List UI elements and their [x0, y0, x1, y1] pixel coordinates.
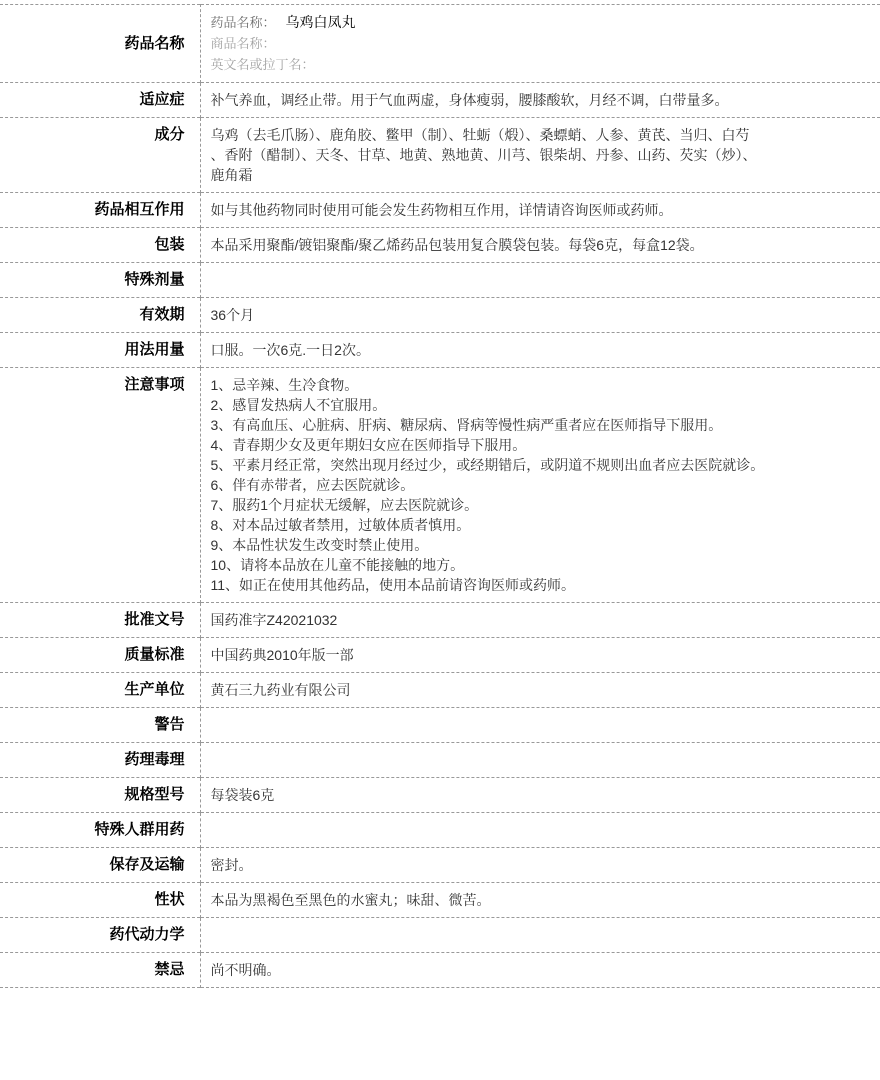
row-label: 规格型号 [0, 778, 200, 813]
content-line: 6、伴有赤带者，应去医院就诊。 [211, 475, 869, 495]
sub-line: 药品名称：乌鸡白凤丸 [211, 12, 869, 33]
row-value: 国药准字Z42021032 [200, 603, 880, 638]
content-line: 乌鸡（去毛爪肠）、鹿角胶、鳖甲（制）、牡蛎（煅）、桑螵蛸、人参、黄芪、当归、白芍 [211, 125, 869, 145]
sub-line: 英文名或拉丁名： [211, 54, 869, 75]
row-label: 注意事项 [0, 368, 200, 603]
row-label: 有效期 [0, 298, 200, 333]
row-label: 药理毒理 [0, 743, 200, 778]
row-value: 本品为黑褐色至黑色的水蜜丸；味甜、微苦。 [200, 883, 880, 918]
row-value: 每袋装6克 [200, 778, 880, 813]
row-value: 中国药典2010年版一部 [200, 638, 880, 673]
row-value: 尚不明确。 [200, 953, 880, 988]
table-row: 用法用量口服。一次6克.一日2次。 [0, 333, 880, 368]
row-label: 包装 [0, 228, 200, 263]
content-line: 鹿角霜 [211, 165, 869, 185]
table-row: 注意事项1、忌辛辣、生冷食物。2、感冒发热病人不宜服用。3、有高血压、心脏病、肝… [0, 368, 880, 603]
table-row: 生产单位黄石三九药业有限公司 [0, 673, 880, 708]
table-row: 药品名称药品名称：乌鸡白凤丸商品名称：英文名或拉丁名： [0, 5, 880, 83]
table-row: 药品相互作用如与其他药物同时使用可能会发生药物相互作用，详情请咨询医师或药师。 [0, 193, 880, 228]
sub-value: 乌鸡白凤丸 [286, 14, 356, 30]
row-value: 药品名称：乌鸡白凤丸商品名称：英文名或拉丁名： [200, 5, 880, 83]
drug-info-table: 药品名称药品名称：乌鸡白凤丸商品名称：英文名或拉丁名：适应症补气养血，调经止带。… [0, 4, 880, 988]
row-value: 如与其他药物同时使用可能会发生药物相互作用，详情请咨询医师或药师。 [200, 193, 880, 228]
row-value: 36个月 [200, 298, 880, 333]
row-label: 适应症 [0, 83, 200, 118]
content-line: 9、本品性状发生改变时禁止使用。 [211, 535, 869, 555]
table-row: 质量标准中国药典2010年版一部 [0, 638, 880, 673]
row-value [200, 263, 880, 298]
sub-key: 药品名称： [211, 15, 276, 30]
content-line: 4、青春期少女及更年期妇女应在医师指导下服用。 [211, 435, 869, 455]
row-label: 用法用量 [0, 333, 200, 368]
row-value [200, 708, 880, 743]
row-label: 药代动力学 [0, 918, 200, 953]
row-value: 口服。一次6克.一日2次。 [200, 333, 880, 368]
table-row: 警告 [0, 708, 880, 743]
row-value [200, 918, 880, 953]
drug-info-table-body: 药品名称药品名称：乌鸡白凤丸商品名称：英文名或拉丁名：适应症补气养血，调经止带。… [0, 5, 880, 988]
row-value: 补气养血，调经止带。用于气血两虚，身体瘦弱，腰膝酸软，月经不调，白带量多。 [200, 83, 880, 118]
sub-key: 商品名称： [211, 36, 276, 51]
content-line: 7、服药1个月症状无缓解，应去医院就诊。 [211, 495, 869, 515]
row-label: 批准文号 [0, 603, 200, 638]
content-line: 3、有高血压、心脏病、肝病、糖尿病、肾病等慢性病严重者应在医师指导下服用。 [211, 415, 869, 435]
content-line: 5、平素月经正常，突然出现月经过少，或经期错后，或阴道不规则出血者应去医院就诊。 [211, 455, 869, 475]
table-row: 保存及运输密封。 [0, 848, 880, 883]
table-row: 有效期36个月 [0, 298, 880, 333]
row-value: 乌鸡（去毛爪肠）、鹿角胶、鳖甲（制）、牡蛎（煅）、桑螵蛸、人参、黄芪、当归、白芍… [200, 118, 880, 193]
content-line: 8、对本品过敏者禁用，过敏体质者慎用。 [211, 515, 869, 535]
drug-info-page: 药品名称药品名称：乌鸡白凤丸商品名称：英文名或拉丁名：适应症补气养血，调经止带。… [0, 0, 880, 1080]
row-label: 生产单位 [0, 673, 200, 708]
content-line: 、香附（醋制）、天冬、甘草、地黄、熟地黄、川芎、银柴胡、丹参、山药、芡实（炒）、 [211, 145, 869, 165]
table-row: 规格型号每袋装6克 [0, 778, 880, 813]
table-row: 特殊剂量 [0, 263, 880, 298]
table-row: 禁忌尚不明确。 [0, 953, 880, 988]
sub-key: 英文名或拉丁名： [211, 57, 315, 72]
table-row: 适应症补气养血，调经止带。用于气血两虚，身体瘦弱，腰膝酸软，月经不调，白带量多。 [0, 83, 880, 118]
row-value: 黄石三九药业有限公司 [200, 673, 880, 708]
row-label: 性状 [0, 883, 200, 918]
content-line: 1、忌辛辣、生冷食物。 [211, 375, 869, 395]
row-label: 药品名称 [0, 5, 200, 83]
row-label: 禁忌 [0, 953, 200, 988]
content-line: 10、请将本品放在儿童不能接触的地方。 [211, 555, 869, 575]
row-value [200, 813, 880, 848]
row-label: 质量标准 [0, 638, 200, 673]
row-value [200, 743, 880, 778]
table-row: 包装本品采用聚酯/镀铝聚酯/聚乙烯药品包装用复合膜袋包装。每袋6克，每盒12袋。 [0, 228, 880, 263]
row-label: 成分 [0, 118, 200, 193]
row-value: 密封。 [200, 848, 880, 883]
table-row: 药代动力学 [0, 918, 880, 953]
row-label: 特殊剂量 [0, 263, 200, 298]
row-value: 1、忌辛辣、生冷食物。2、感冒发热病人不宜服用。3、有高血压、心脏病、肝病、糖尿… [200, 368, 880, 603]
row-label: 特殊人群用药 [0, 813, 200, 848]
row-label: 保存及运输 [0, 848, 200, 883]
table-row: 成分乌鸡（去毛爪肠）、鹿角胶、鳖甲（制）、牡蛎（煅）、桑螵蛸、人参、黄芪、当归、… [0, 118, 880, 193]
table-row: 药理毒理 [0, 743, 880, 778]
content-line: 11、如正在使用其他药品，使用本品前请咨询医师或药师。 [211, 575, 869, 595]
row-value: 本品采用聚酯/镀铝聚酯/聚乙烯药品包装用复合膜袋包装。每袋6克，每盒12袋。 [200, 228, 880, 263]
table-row: 性状本品为黑褐色至黑色的水蜜丸；味甜、微苦。 [0, 883, 880, 918]
content-line: 2、感冒发热病人不宜服用。 [211, 395, 869, 415]
table-row: 批准文号国药准字Z42021032 [0, 603, 880, 638]
row-label: 药品相互作用 [0, 193, 200, 228]
table-row: 特殊人群用药 [0, 813, 880, 848]
row-label: 警告 [0, 708, 200, 743]
sub-line: 商品名称： [211, 33, 869, 54]
